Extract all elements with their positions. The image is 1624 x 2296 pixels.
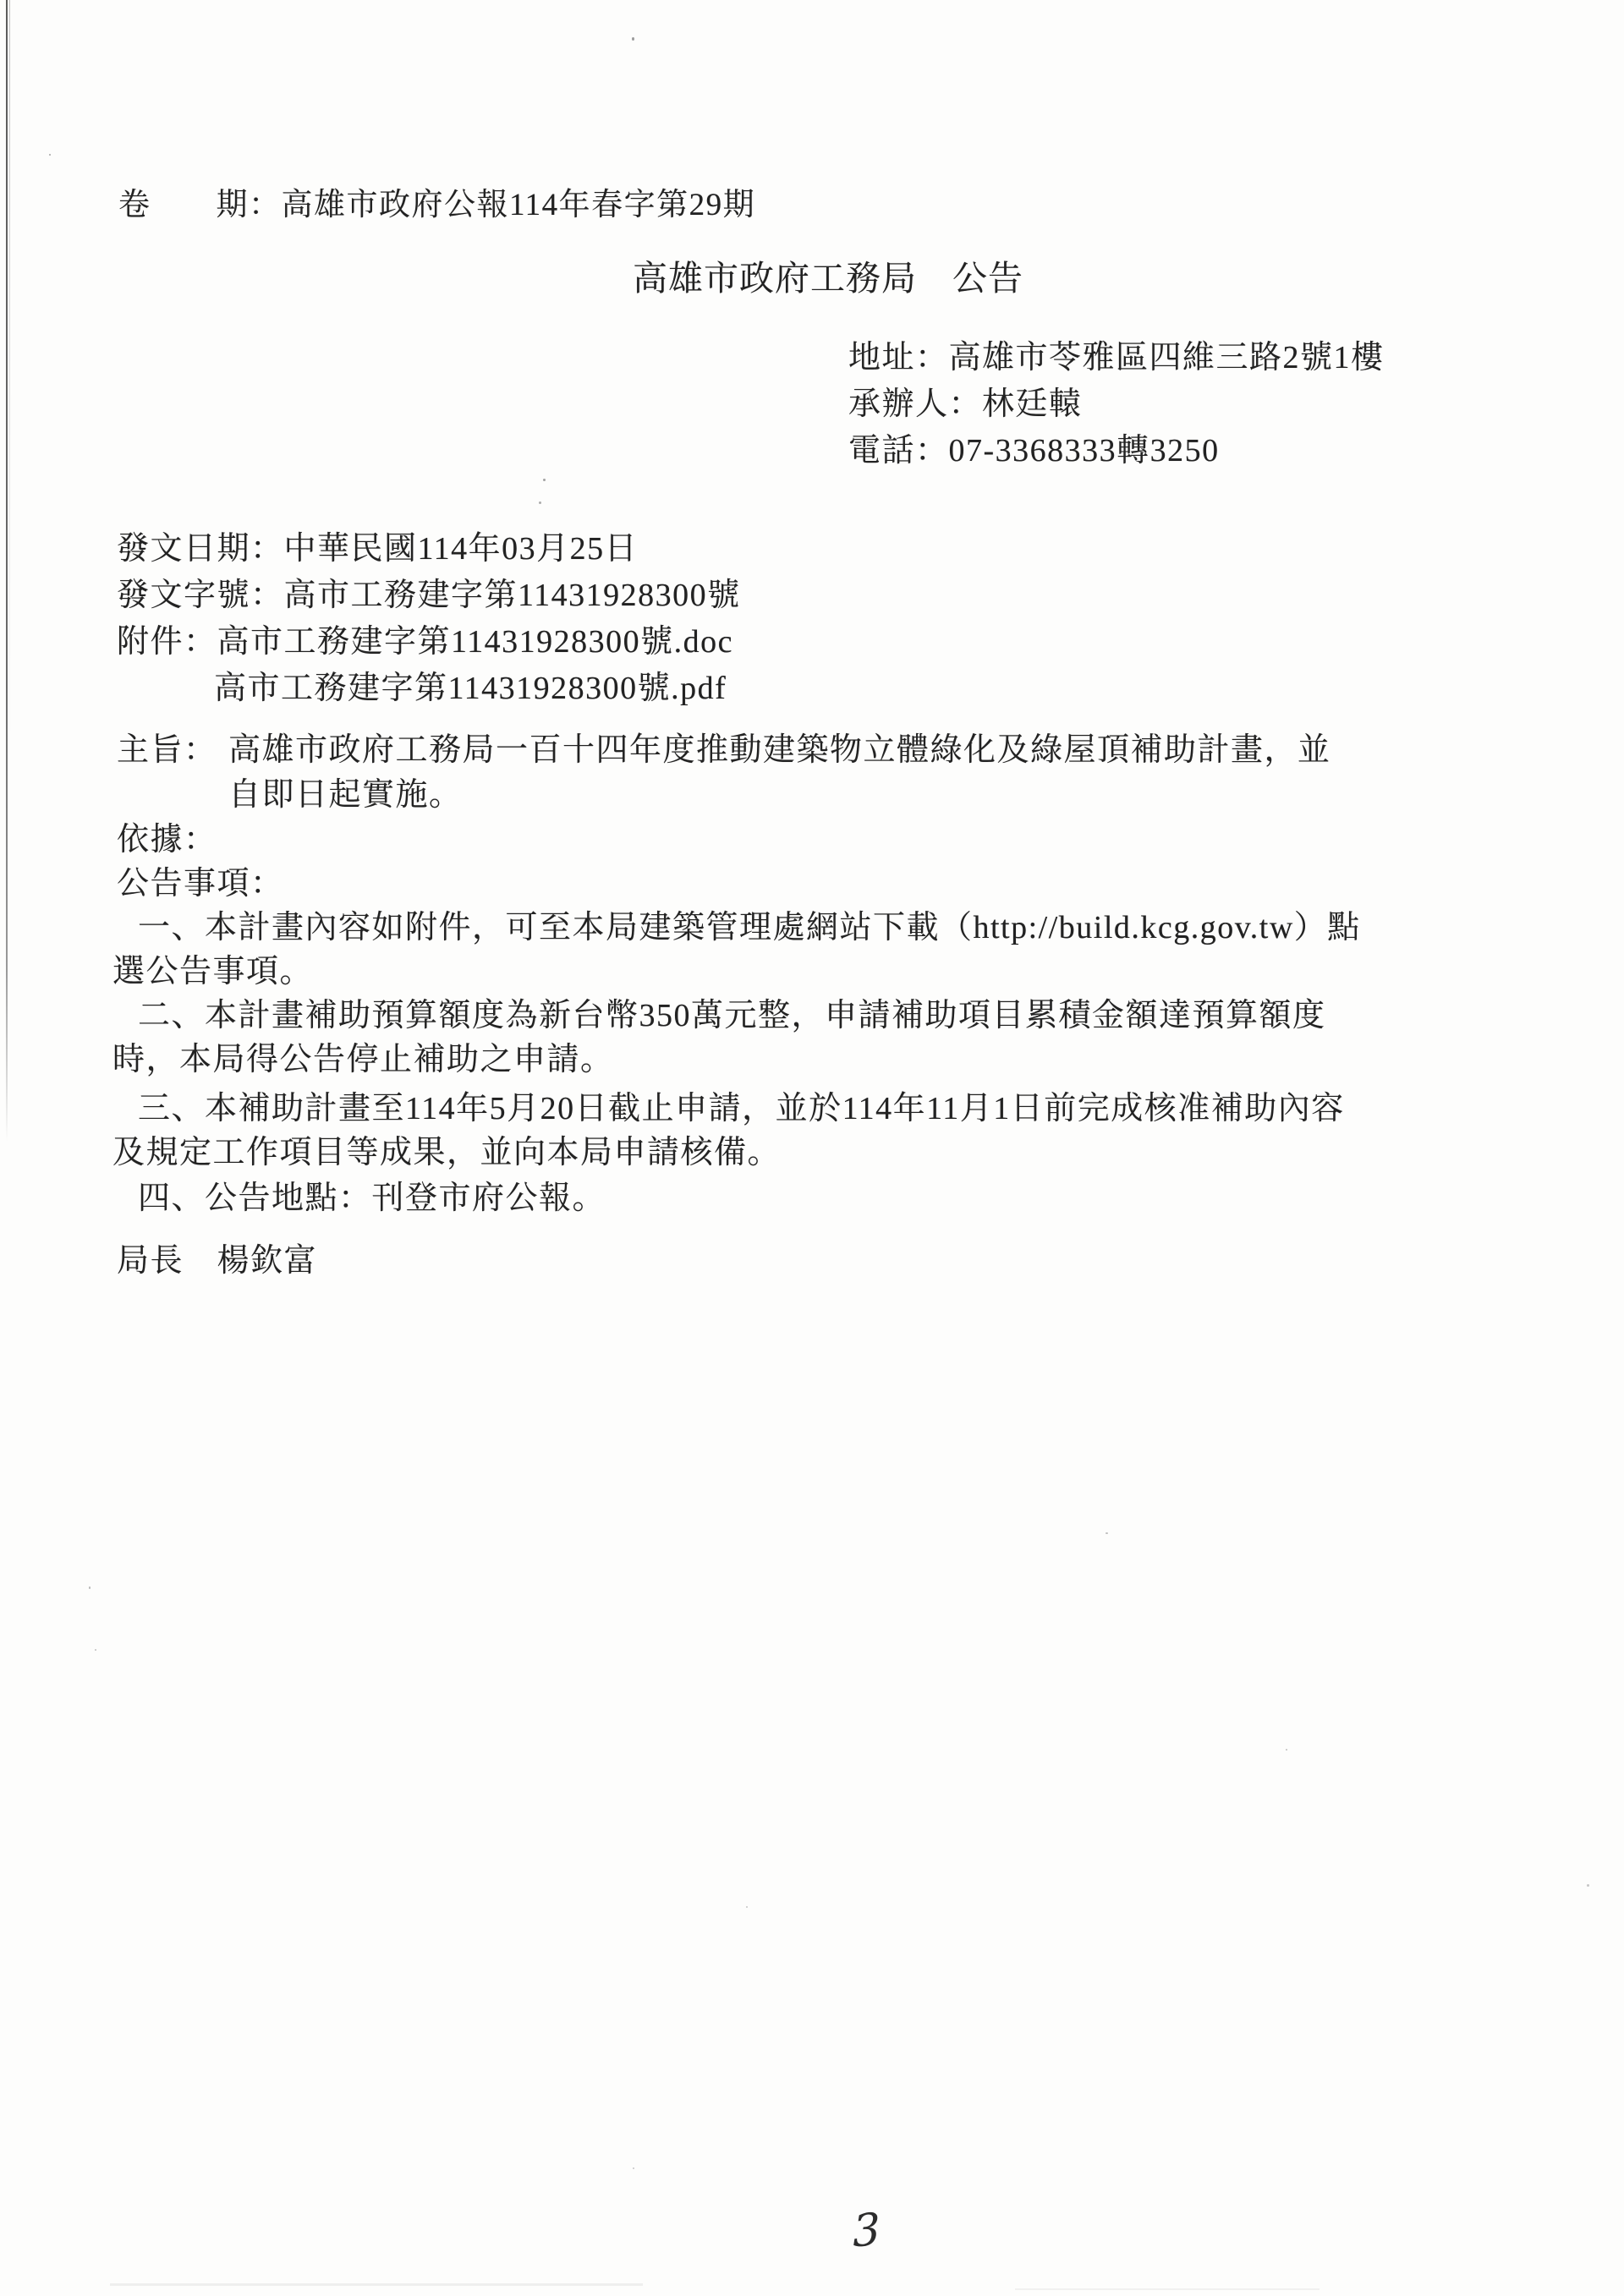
scan-smudge: [1015, 2288, 1319, 2290]
announcement-title: 高雄市政府工務局 公告: [633, 259, 1023, 298]
item-1-line-2: 選公告事項。: [112, 952, 313, 991]
volume-issue-line: 卷 期：高雄市政府公報114年春字第29期: [118, 186, 755, 225]
item-2-line-1: 二、本計畫補助預算額度為新台幣350萬元整，申請補助項目累積金額達預算額度: [138, 996, 1326, 1035]
doc-number-line: 發文字號：高市工務建字第11431928300號: [117, 576, 741, 615]
phone-line: 電話：07-3368333轉3250: [848, 431, 1220, 470]
scan-speck: [95, 1649, 96, 1651]
handwritten-page-number: 3: [852, 2204, 881, 2258]
scan-speck: [89, 1586, 91, 1589]
item-4-line-1: 四、公告地點：刊登市府公報。: [138, 1179, 606, 1218]
scan-speck: [633, 2167, 634, 2169]
scan-smudge: [110, 2283, 643, 2286]
scan-speck: [746, 1906, 748, 1908]
signer-line: 局長 楊欽富: [117, 1241, 317, 1280]
item-2-line-2: 時，本局得公告停止補助之申請。: [112, 1040, 614, 1079]
subject-text-line-1: 高雄市政府工務局一百十四年度推動建築物立體綠化及綠屋頂補助計畫，並: [228, 731, 1331, 770]
attachment-line-1: 附件：高市工務建字第11431928300號.doc: [117, 622, 733, 661]
document-page: 卷 期：高雄市政府公報114年春字第29期 高雄市政府工務局 公告 地址：高雄市…: [0, 0, 1624, 2296]
scan-speck: [49, 154, 51, 156]
scan-speck: [1106, 1532, 1108, 1534]
officer-line: 承辦人：林廷轅: [848, 385, 1083, 424]
announcement-items-label: 公告事項：: [117, 864, 284, 903]
subject-text-line-2: 自即日起實施。: [228, 775, 463, 814]
item-1-line-1: 一、本計畫內容如附件，可至本局建築管理處網站下載（http://build.kc…: [138, 908, 1361, 947]
attachment-line-2: 高市工務建字第11431928300號.pdf: [214, 669, 727, 708]
issue-date-line: 發文日期：中華民國114年03月25日: [117, 529, 638, 568]
scan-speck: [543, 479, 546, 481]
item-3-line-1: 三、本補助計畫至114年5月20日截止申請，並於114年11月1日前完成核准補助…: [138, 1089, 1345, 1128]
scan-speck: [632, 37, 634, 41]
item-3-line-2: 及規定工作項目等成果，並向本局申請核備。: [112, 1133, 781, 1172]
address-line: 地址：高雄市苓雅區四維三路2號1樓: [848, 338, 1385, 377]
subject-label: 主旨：: [117, 731, 217, 770]
scan-speck: [539, 501, 541, 504]
scan-speck: [1587, 1884, 1589, 1887]
scan-speck: [1286, 1749, 1287, 1751]
scan-edge-line: [6, 0, 8, 1142]
basis-label: 依據：: [117, 820, 217, 859]
scan-edge-line-faint: [9, 0, 10, 761]
